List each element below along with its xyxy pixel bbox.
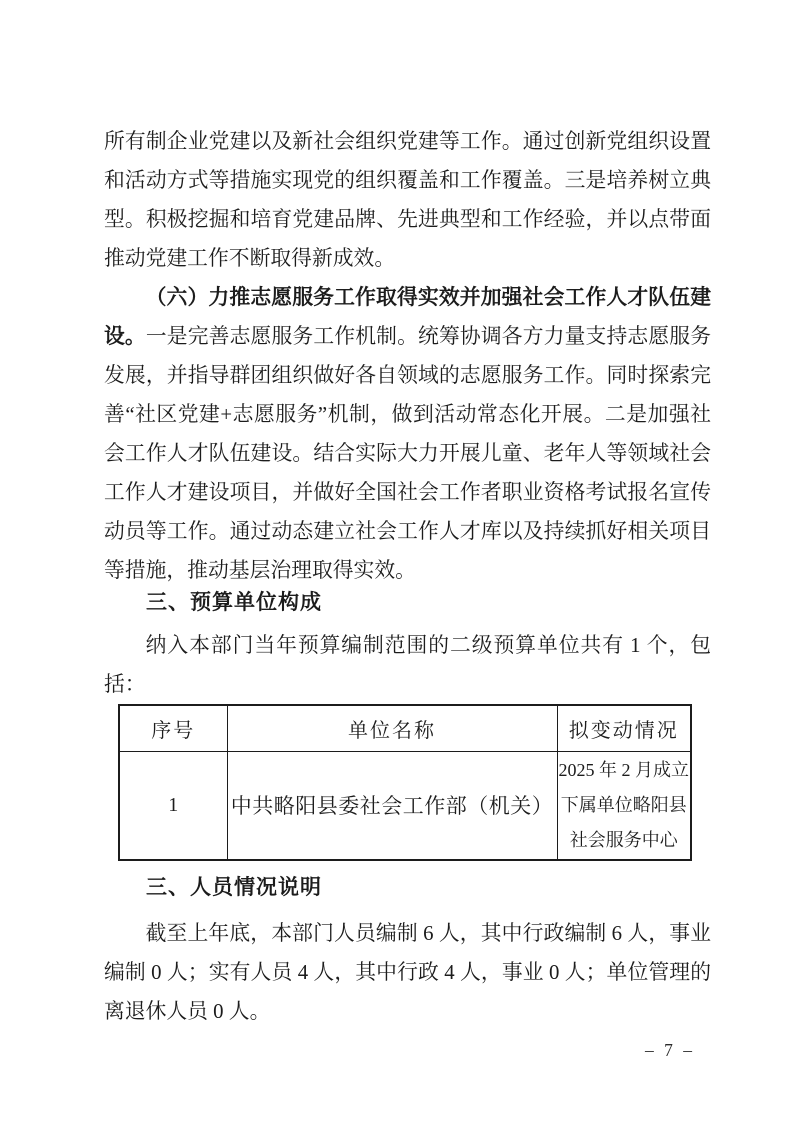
heading-staff-situation: 三、人员情况说明 — [104, 875, 711, 901]
col-header-index: 序号 — [119, 705, 227, 751]
paragraph-volunteer-service: （六）力推志愿服务工作取得实效并加强社会工作人才队伍建设。一是完善志愿服务工作机… — [104, 278, 711, 590]
paragraph-staff-situation: 截至上年底，本部门人员编制 6 人，其中行政编制 6 人，事业编制 0 人；实有… — [104, 914, 711, 1031]
budget-units-table: 序号 单位名称 拟变动情况 1 中共略阳县委社会工作部（机关） 2025 年 2… — [118, 704, 692, 861]
cell-unit-name: 中共略阳县委社会工作部（机关） — [227, 751, 557, 860]
col-header-unit-name: 单位名称 — [227, 705, 557, 751]
budget-units-intro: 纳入本部门当年预算编制范围的二级预算单位共有 1 个，包括： — [104, 626, 711, 704]
document-content: 所有制企业党建以及新社会组织党建等工作。通过创新党组织设置和活动方式等措施实现党… — [104, 0, 711, 1031]
page-number: – 7 – — [645, 1040, 695, 1061]
document-page: 所有制企业党建以及新社会组织党建等工作。通过创新党组织设置和活动方式等措施实现党… — [0, 0, 793, 1122]
paragraph-six-body: 一是完善志愿服务工作机制。统筹协调各方力量支持志愿服务发展，并指导群团组织做好各… — [104, 325, 711, 582]
table-row: 1 中共略阳县委社会工作部（机关） 2025 年 2 月成立 下属单位略阳县 社… — [119, 751, 691, 860]
paragraph-party-building: 所有制企业党建以及新社会组织党建等工作。通过创新党组织设置和活动方式等措施实现党… — [104, 122, 711, 278]
col-header-change-status: 拟变动情况 — [557, 705, 691, 751]
cell-row-index: 1 — [119, 751, 227, 860]
cell-change-note: 2025 年 2 月成立 下属单位略阳县 社会服务中心 — [557, 751, 691, 860]
table-header-row: 序号 单位名称 拟变动情况 — [119, 705, 691, 751]
heading-budget-units: 三、预算单位构成 — [104, 590, 711, 616]
